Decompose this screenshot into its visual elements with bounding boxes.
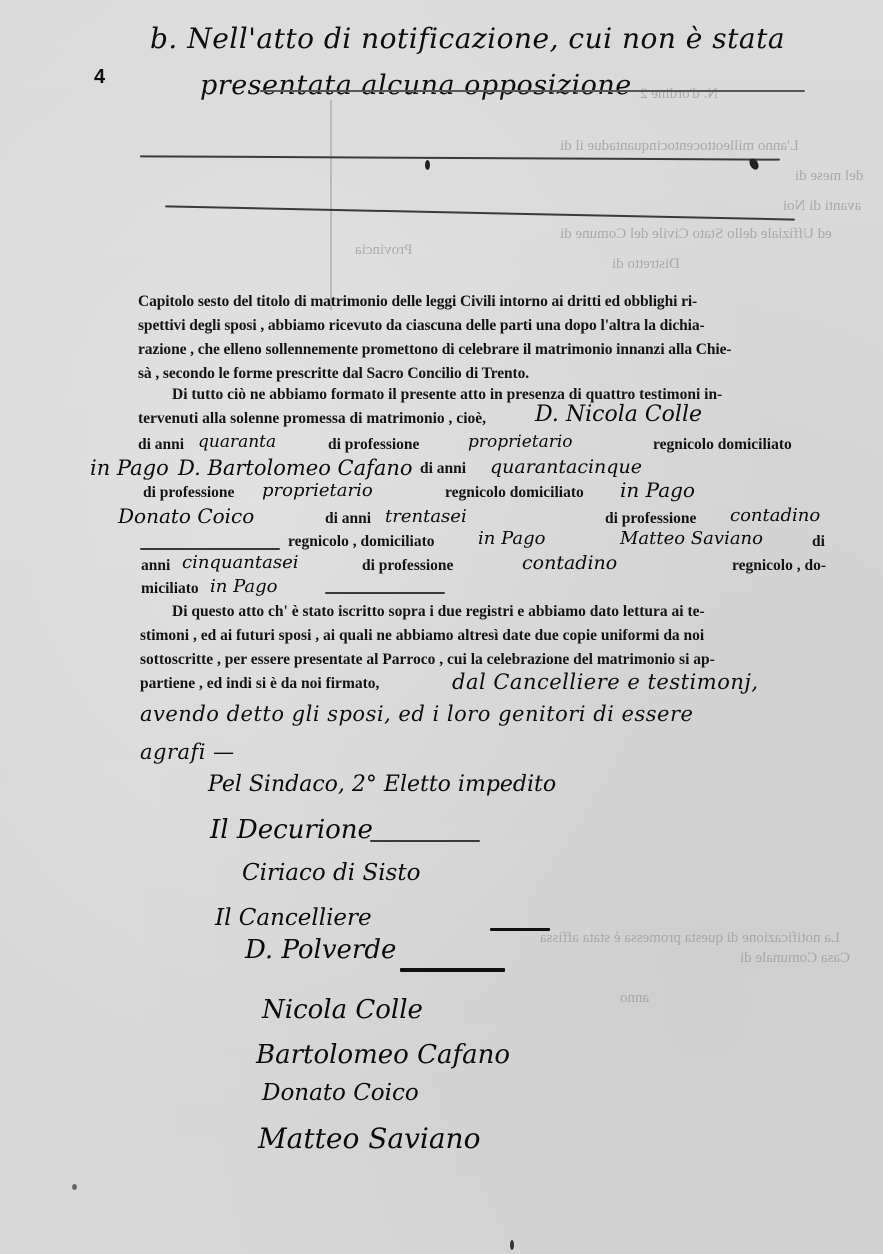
label-di: di — [812, 533, 825, 551]
signature-rule — [370, 840, 480, 842]
fold-line — [330, 100, 332, 310]
label-di-anni: di anni — [420, 460, 466, 478]
printed-line: spettivi degli sposi , abbiamo ricevuto … — [138, 314, 705, 337]
signature-cancelliere-title: Il Cancelliere — [215, 905, 372, 931]
label-di-professione: di professione — [362, 557, 453, 575]
label-di-professione: di professione — [143, 484, 234, 502]
signature-witness-1: Nicola Colle — [262, 995, 423, 1025]
signature-witness-2: Bartolomeo Cafano — [256, 1040, 510, 1070]
ink-speck — [72, 1184, 77, 1190]
witness-1-name: D. Nicola Colle — [535, 402, 702, 427]
printed-line: razione , che elleno sollennemente prome… — [138, 338, 731, 361]
witness-4-profession: contadino — [522, 552, 617, 574]
label-miciliato: miciliato — [141, 580, 199, 598]
bleed-through-line: avanti di Noi — [783, 198, 861, 215]
label-anni: anni — [141, 557, 170, 575]
label-regnicolo-domiciliato: regnicolo domiciliato — [445, 484, 584, 502]
printed-line: sottoscritte , per essere presentate al … — [140, 651, 715, 669]
witness-1-domicile: in Pago — [90, 456, 169, 480]
ink-speck — [510, 1240, 514, 1250]
witness-4-age: cinquantasei — [182, 552, 298, 573]
closing-line-1: dal Cancelliere e testimonj, — [452, 670, 759, 694]
header-note-line-2: presentata alcuna opposizione — [200, 70, 632, 101]
bleed-through-line: ed Uffiziale dello Stato Civile del Comu… — [560, 226, 832, 243]
printed-line: partiene , ed indi si è da noi firmato, — [140, 675, 379, 693]
signature-decurione-name: Ciriaco di Sisto — [242, 860, 420, 886]
printed-line: Capitolo sesto del titolo di matrimonio … — [138, 290, 697, 313]
witness-2-domicile: in Pago — [620, 478, 695, 502]
signature-decurione-title: Il Decurione — [210, 815, 373, 845]
bleed-through-line: del mese di — [795, 168, 863, 185]
header-note-line-1: b. Nell'atto di notificazione, cui non è… — [150, 22, 785, 55]
witness-3-domicile: in Pago — [478, 528, 545, 549]
witness-2-age: quarantacinque — [490, 456, 642, 478]
label-regnicolo-comma-domiciliato: regnicolo , domiciliato — [288, 533, 435, 551]
witness-1-profession: proprietario — [468, 432, 573, 452]
witness-2-name: D. Bartolomeo Cafano — [178, 456, 413, 480]
bleed-through-line: L'anno milleottocentocinquantadue il di — [560, 138, 799, 155]
witnesses-intro-line-2: tervenuti alla solenne promessa di matri… — [138, 410, 486, 428]
bleed-through-line: N. d'ordine 2 — [640, 86, 718, 103]
label-regnicolo-domiciliato: regnicolo domiciliato — [653, 436, 792, 454]
witness-2-profession: proprietario — [262, 480, 373, 501]
closing-line-2: avendo detto gli sposi, ed i loro genito… — [140, 702, 693, 726]
signature-sindaco: Pel Sindaco, 2° Eletto impedito — [208, 772, 556, 797]
page-number: 4 — [94, 66, 105, 89]
witness-3-profession: contadino — [730, 505, 820, 526]
bleed-through-line: anno — [620, 990, 649, 1007]
signature-witness-3: Donato Coico — [262, 1080, 419, 1106]
signature-rule — [490, 928, 550, 931]
bleed-through-line: La notificazione di questa promessa è st… — [540, 930, 840, 947]
blank-rule — [140, 548, 280, 550]
signature-cancelliere-name: D. Polverde — [245, 935, 396, 965]
witness-3-name: Donato Coico — [118, 504, 254, 528]
bleed-through-line: Casa Comunale di — [740, 950, 850, 967]
label-di-anni: di anni — [138, 436, 184, 454]
label-regnicolo-do: regnicolo , do- — [732, 557, 826, 575]
label-di-professione: di professione — [605, 510, 696, 528]
witness-4-domicile: in Pago — [210, 576, 277, 597]
printed-line: stimoni , ed ai futuri sposi , ai quali … — [140, 627, 704, 645]
header-rule — [260, 90, 805, 92]
printed-line: Di questo atto ch' è stato iscritto sopr… — [172, 603, 705, 621]
signature-witness-4: Matteo Saviano — [258, 1122, 480, 1155]
bleed-through-line: Provincia — [355, 242, 413, 259]
witness-1-age: quaranta — [198, 432, 276, 452]
bleed-through-line: Distretto di — [612, 256, 680, 273]
closing-line-3: agrafi — — [140, 740, 235, 764]
printed-line: sà , secondo le forme prescritte dal Sac… — [138, 362, 529, 385]
witness-4-name: Matteo Saviano — [620, 528, 763, 549]
blank-rule — [325, 592, 445, 594]
ink-blot — [425, 160, 430, 170]
label-di-professione: di professione — [328, 436, 419, 454]
witness-3-age: trentasei — [385, 506, 467, 527]
label-di-anni: di anni — [325, 510, 371, 528]
signature-rule — [400, 968, 505, 972]
